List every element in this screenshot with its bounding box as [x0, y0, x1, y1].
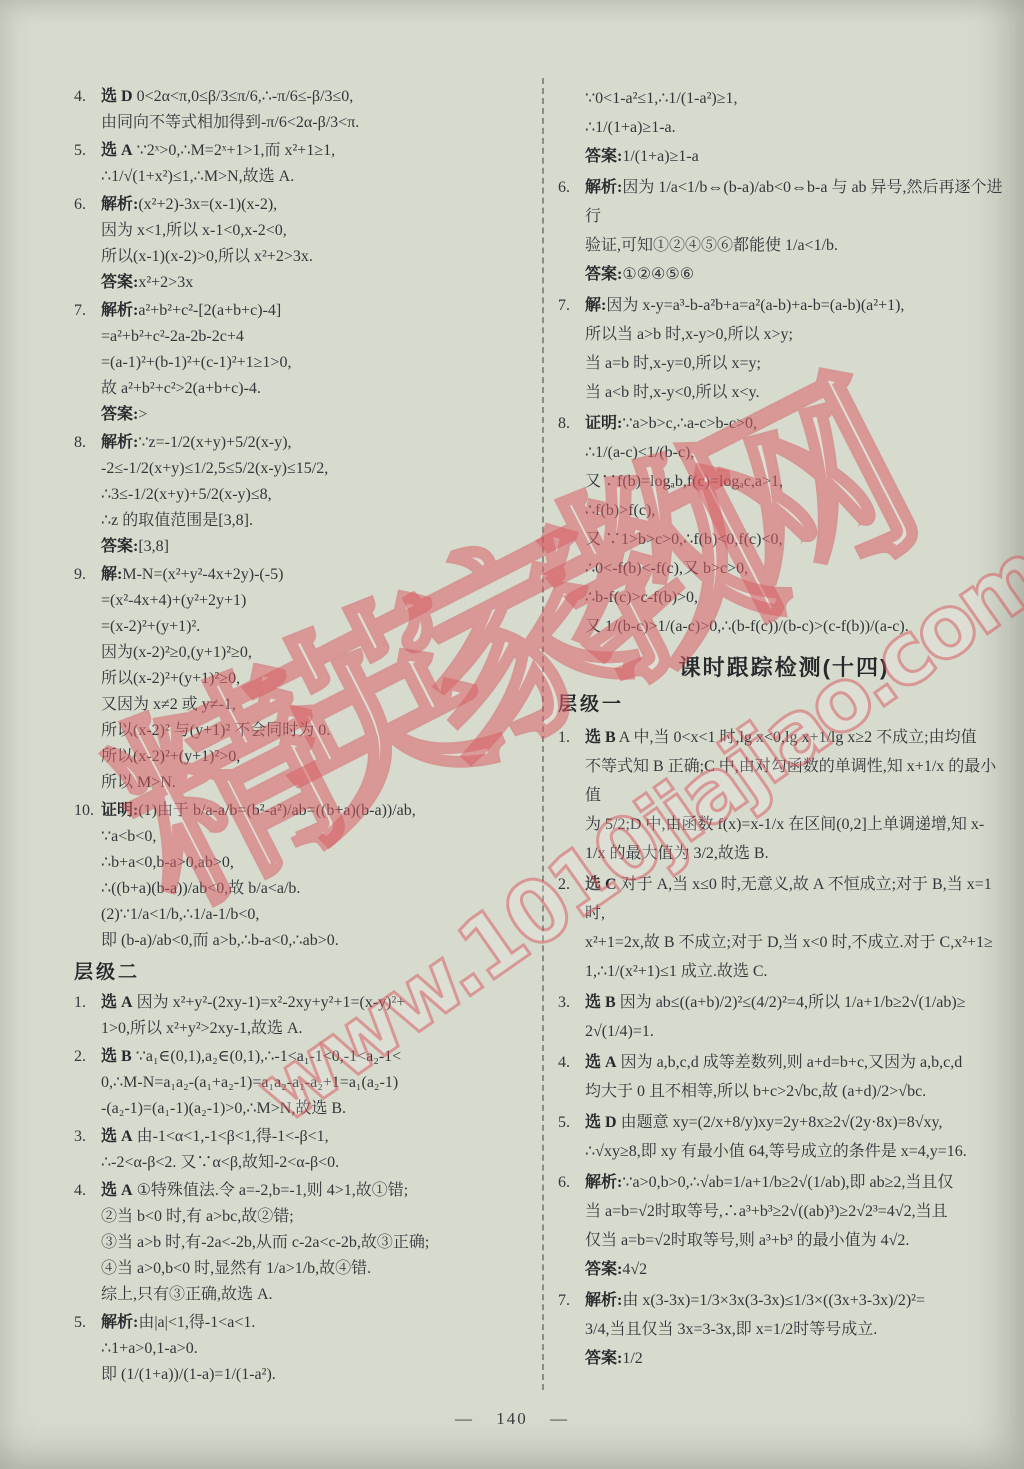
answer-item: 1.选 A 因为 x²+y²-(2xy-1)=x²-2xy+y²+1=(x-y)… [74, 990, 524, 1042]
text-line: 解析:因为 1/a<1/b⇔(b-a)/ab<0⇔b-a 与 ab 异号,然后再… [585, 173, 1010, 231]
column-divider [542, 78, 544, 1390]
text-line: 解:M-N=(x²+y²-4x+2y)-(-5) [101, 562, 524, 588]
text-line: 解析:∵a>0,b>0,∴√ab=1/a+1/b≥2√(1/ab),即 ab≥2… [585, 1168, 1010, 1197]
answer-item: 6.解析:(x²+2)-3x=(x-1)(x-2),因为 x<1,所以 x-1<… [74, 192, 524, 296]
text-line: 均大于 0 且不相等,所以 b+c>2√bc,故 (a+d)/2>√bc. [585, 1077, 1010, 1106]
text-line: 验证,可知①②④⑤⑥都能使 1/a<1/b. [585, 231, 1010, 260]
item-number: 5. [74, 1310, 86, 1336]
item-number: 3. [558, 988, 570, 1017]
text-line: 选 A ∵2ˣ>0,∴M=2ˣ+1>1,而 x²+1≥1, [101, 138, 524, 164]
text-line: ∴z 的取值范围是[3,8]. [101, 508, 524, 534]
answer-item: 2.选 C 对于 A,当 x≤0 时,无意义,故 A 不恒成立;对于 B,当 x… [558, 870, 1010, 986]
text-line: 所以 M>N. [101, 770, 524, 796]
item-number: 6. [74, 192, 86, 218]
answer-item: 4.选 A ①特殊值法.令 a=-2,b=-1,则 4>1,故①错;②当 b<0… [74, 1178, 524, 1308]
text-line: ∴√xy≥8,即 xy 有最小值 64,等号成立的条件是 x=4,y=16. [585, 1137, 1010, 1166]
text-line: ∴3≤-1/2(x+y)+5/2(x-y)≤8, [101, 482, 524, 508]
text-line: -(a₂-1)=(a₁-1)(a₂-1)>0,∴M>N,故选 B. [101, 1096, 524, 1122]
answer-item: 7.解:因为 x-y=a³-b-a²b+a=a²(a-b)+a-b=(a-b)(… [558, 291, 1010, 407]
text-line: =(x-2)²+(y+1)². [101, 614, 524, 640]
text-line: =a²+b²+c²-2a-2b-2c+4 [101, 324, 524, 350]
text-line: (2)∵1/a<1/b,∴1/a-1/b<0, [101, 902, 524, 928]
text-line: 选 A 由-1<α<1,-1<β<1,得-1<-β<1, [101, 1124, 524, 1150]
text-line: ③当 a>b 时,有-2a<-2b,从而 c-2a<c-2b,故③正确; [101, 1230, 524, 1256]
text-line: ∴f(b)>f(c), [585, 496, 1010, 525]
scanned-answer-page: 4.选 D 0<2α<π,0≤β/3≤π/6,∴-π/6≤-β/3≤0,由同向不… [0, 0, 1024, 1469]
item-number: 1. [74, 990, 86, 1016]
item-number: 8. [74, 430, 86, 456]
text-line: 选 A ①特殊值法.令 a=-2,b=-1,则 4>1,故①错; [101, 1178, 524, 1204]
item-number: 7. [558, 1286, 570, 1315]
text-line: ②当 b<0 时,有 a>bc,故②错; [101, 1204, 524, 1230]
item-number: 2. [558, 870, 570, 899]
text-line: 证明:(1)由于 b/a-a/b=(b²-a²)/ab=((b+a)(b-a))… [101, 798, 524, 824]
text-line: 所以当 a>b 时,x-y>0,所以 x>y; [585, 320, 1010, 349]
answer-item: 4.选 A 因为 a,b,c,d 成等差数列,则 a+d=b+c,又因为 a,b… [558, 1048, 1010, 1106]
text-line: 当 a<b 时,x-y<0,所以 x<y. [585, 378, 1010, 407]
answer-item: 7.解析:a²+b²+c²-[2(a+b+c)-4]=a²+b²+c²-2a-2… [74, 298, 524, 428]
text-line: 不等式知 B 正确;C 中,由对勾函数的单调性,知 x+1/x 的最小值 [585, 752, 1010, 810]
text-line: 1>0,所以 x²+y²>2xy-1,故选 A. [101, 1016, 524, 1042]
text-line: 为 5/2;D 中,由函数 f(x)=x-1/x 在区间(0,2]上单调递增,知… [585, 810, 1010, 839]
text-line: 解析:∵z=-1/2(x+y)+5/2(x-y), [101, 430, 524, 456]
text-line: 答案:①②④⑤⑥ [585, 260, 1010, 289]
text-line: ∴b-f(c)>c-f(b)>0, [585, 583, 1010, 612]
text-line: 即 (b-a)/ab<0,而 a>b,∴b-a<0,∴ab>0. [101, 928, 524, 954]
text-line: 综上,只有③正确,故选 A. [101, 1282, 524, 1308]
answer-item: 8.解析:∵z=-1/2(x+y)+5/2(x-y),-2≤-1/2(x+y)≤… [74, 430, 524, 560]
text-line: 答案:> [101, 402, 524, 428]
text-line: 解析:(x²+2)-3x=(x-1)(x-2), [101, 192, 524, 218]
item-number: 4. [74, 84, 86, 110]
item-number: 4. [558, 1048, 570, 1077]
text-line: 所以(x-2)²+(y+1)²≥0, [101, 666, 524, 692]
answer-item: 3.选 A 由-1<α<1,-1<β<1,得-1<-β<1,∴-2<α-β<2.… [74, 1124, 524, 1176]
text-line: 仅当 a=b=√2时取等号,则 a³+b³ 的最小值为 4√2. [585, 1226, 1010, 1255]
answer-item: 6.解析:∵a>0,b>0,∴√ab=1/a+1/b≥2√(1/ab),即 ab… [558, 1168, 1010, 1284]
answer-item: 5.解析:由|a|<1,得-1<a<1.∴1+a>0,1-a>0.即 (1/(1… [74, 1310, 524, 1388]
item-number: 4. [74, 1178, 86, 1204]
level-header: 层级二 [74, 960, 524, 986]
item-number: 7. [558, 291, 570, 320]
item-number: 3. [74, 1124, 86, 1150]
answer-item: 5.选 D 由题意 xy=(2/x+8/y)xy=2y+8x≥2√(2y·8x)… [558, 1108, 1010, 1166]
text-line: 1,∴1/(x²+1)≤1 成立.故选 C. [585, 957, 1010, 986]
right-column: ∵0<1-a²≤1,∴1/(1-a²)≥1,∴1/(1+a)≥1-a.答案:1/… [558, 84, 1010, 1375]
text-line: 解:因为 x-y=a³-b-a²b+a=a²(a-b)+a-b=(a-b)(a²… [585, 291, 1010, 320]
answer-item: 7.解析:由 x(3-3x)=1/3×3x(3-3x)≤1/3×((3x+3-3… [558, 1286, 1010, 1373]
item-number: 10. [74, 798, 94, 824]
text-line: 所以(x-2)²+(y+1)²>0, [101, 744, 524, 770]
item-number: 6. [558, 1168, 570, 1197]
left-column: 4.选 D 0<2α<π,0≤β/3≤π/6,∴-π/6≤-β/3≤0,由同向不… [74, 84, 524, 1390]
text-line: 选 D 0<2α<π,0≤β/3≤π/6,∴-π/6≤-β/3≤0, [101, 84, 524, 110]
answer-item: 10.证明:(1)由于 b/a-a/b=(b²-a²)/ab=((b+a)(b-… [74, 798, 524, 954]
text-line: ∴1+a>0,1-a>0. [101, 1336, 524, 1362]
text-line: 故 a²+b²+c²>2(a+b+c)-4. [101, 376, 524, 402]
text-line: ∴((b+a)(b-a))/ab<0,故 b/a<a/b. [101, 876, 524, 902]
text-line: 证明:∵a>b>c,∴a-c>b-c>0, [585, 409, 1010, 438]
text-line: ∵0<1-a²≤1,∴1/(1-a²)≥1, [585, 84, 1010, 113]
text-line: 因为(x-2)²≥0,(y+1)²≥0, [101, 640, 524, 666]
answer-item: 4.选 D 0<2α<π,0≤β/3≤π/6,∴-π/6≤-β/3≤0,由同向不… [74, 84, 524, 136]
answer-item: 5.选 A ∵2ˣ>0,∴M=2ˣ+1>1,而 x²+1≥1,∴1/√(1+x²… [74, 138, 524, 190]
text-line: 又 1/(b-c)>1/(a-c)>0,∴(b-f(c))/(b-c)>(c-f… [585, 612, 1010, 641]
text-line: 选 B 因为 ab≤((a+b)/2)²≤(4/2)²=4,所以 1/a+1/b… [585, 988, 1010, 1017]
item-number: 5. [558, 1108, 570, 1137]
text-line: 选 A 因为 a,b,c,d 成等差数列,则 a+d=b+c,又因为 a,b,c… [585, 1048, 1010, 1077]
text-line: ④当 a>0,b<0 时,显然有 1/a>1/b,故④错. [101, 1256, 524, 1282]
text-line: 答案:1/2 [585, 1344, 1010, 1373]
text-line: 当 a=b 时,x-y=0,所以 x=y; [585, 349, 1010, 378]
text-line: ∴1/(1+a)≥1-a. [585, 113, 1010, 142]
text-line: =(x²-4x+4)+(y²+2y+1) [101, 588, 524, 614]
text-line: 答案:[3,8] [101, 534, 524, 560]
answer-item: 9.解:M-N=(x²+y²-4x+2y)-(-5)=(x²-4x+4)+(y²… [74, 562, 524, 796]
level-header: 层级一 [558, 690, 1010, 719]
section-title: 课时跟踪检测(十四) [558, 653, 1010, 682]
text-line: 2√(1/4)=1. [585, 1017, 1010, 1046]
text-line: 答案:1/(1+a)≥1-a [585, 142, 1010, 171]
text-line: 又 ∵1>b>c>0,∴f(b)<0,f(c)<0, [585, 525, 1010, 554]
text-line: 0,∴M-N=a₁a₂-(a₁+a₂-1)=a₁a₂-a₁-a₂+1=a₁(a₂… [101, 1070, 524, 1096]
item-number: 7. [74, 298, 86, 324]
answer-item: 2.选 B ∵a₁∈(0,1),a₂∈(0,1),∴-1<a₁-1<0,-1<a… [74, 1044, 524, 1122]
text-line: x²+1=2x,故 B 不成立;对于 D,当 x<0 时,不成立.对于 C,x²… [585, 928, 1010, 957]
item-number: 6. [558, 173, 570, 202]
answer-item: 3.选 B 因为 ab≤((a+b)/2)²≤(4/2)²=4,所以 1/a+1… [558, 988, 1010, 1046]
text-line: 又因为 x≠2 或 y≠-1, [101, 692, 524, 718]
text-line: 又∵f(b)=logₐb,f(c)=logₐc,a>1, [585, 467, 1010, 496]
answer-item: 6.解析:因为 1/a<1/b⇔(b-a)/ab<0⇔b-a 与 ab 异号,然… [558, 173, 1010, 289]
text-line: 由同向不等式相加得到-π/6<2α-β/3<π. [101, 110, 524, 136]
text-line: 1/x 的最大值为 3/2,故选 B. [585, 839, 1010, 868]
text-line: 选 B ∵a₁∈(0,1),a₂∈(0,1),∴-1<a₁-1<0,-1<a₂-… [101, 1044, 524, 1070]
text-line: 解析:由|a|<1,得-1<a<1. [101, 1310, 524, 1336]
text-line: ∴1/√(1+x²)≤1,∴M>N,故选 A. [101, 164, 524, 190]
item-number: 2. [74, 1044, 86, 1070]
text-line: ∴-2<α-β<2. 又∵α<β,故知-2<α-β<0. [101, 1150, 524, 1176]
answer-item: 8.证明:∵a>b>c,∴a-c>b-c>0,∴1/(a-c)<1/(b-c),… [558, 409, 1010, 641]
text-line: 选 D 由题意 xy=(2/x+8/y)xy=2y+8x≥2√(2y·8x)=8… [585, 1108, 1010, 1137]
text-line: 答案:4√2 [585, 1255, 1010, 1284]
text-line: 所以(x-2)² 与(y+1)² 不会同时为 0. [101, 718, 524, 744]
text-line: 解析:由 x(3-3x)=1/3×3x(3-3x)≤1/3×((3x+3-3x)… [585, 1286, 1010, 1315]
item-number: 9. [74, 562, 86, 588]
text-line: 当 a=b=√2时取等号,∴a³+b³≥2√((ab)³)≥2√2³=4√2,当… [585, 1197, 1010, 1226]
text-line: ∴b+a<0,b-a>0,ab>0, [101, 850, 524, 876]
text-line: 因为 x<1,所以 x-1<0,x-2<0, [101, 218, 524, 244]
text-line: -2≤-1/2(x+y)≤1/2,5≤5/2(x-y)≤15/2, [101, 456, 524, 482]
text-line: 3/4,当且仅当 3x=3-3x,即 x=1/2时等号成立. [585, 1315, 1010, 1344]
answer-item: 1.选 B A 中,当 0<x<1 时,lg x<0,lg x+1/lg x≥2… [558, 723, 1010, 868]
text-line: ∴0<-f(b)<-f(c),又 b>c>0, [585, 554, 1010, 583]
text-line: 解析:a²+b²+c²-[2(a+b+c)-4] [101, 298, 524, 324]
item-number: 8. [558, 409, 570, 438]
text-line: 即 (1/(1+a))/(1-a)=1/(1-a²). [101, 1362, 524, 1388]
text-line: 选 A 因为 x²+y²-(2xy-1)=x²-2xy+y²+1=(x-y)²+ [101, 990, 524, 1016]
item-number: 5. [74, 138, 86, 164]
text-line: ∴1/(a-c)<1/(b-c), [585, 438, 1010, 467]
text-line: 选 C 对于 A,当 x≤0 时,无意义,故 A 不恒成立;对于 B,当 x=1… [585, 870, 1010, 928]
text-line: =(a-1)²+(b-1)²+(c-1)²+1≥1>0, [101, 350, 524, 376]
text-line: 答案:x²+2>3x [101, 270, 524, 296]
answer-item: ∵0<1-a²≤1,∴1/(1-a²)≥1,∴1/(1+a)≥1-a.答案:1/… [558, 84, 1010, 171]
text-line: 所以(x-1)(x-2)>0,所以 x²+2>3x. [101, 244, 524, 270]
text-line: 选 B A 中,当 0<x<1 时,lg x<0,lg x+1/lg x≥2 不… [585, 723, 1010, 752]
item-number: 1. [558, 723, 570, 752]
text-line: ∵a<b<0, [101, 824, 524, 850]
page-number: — 140 — [0, 1409, 1024, 1429]
